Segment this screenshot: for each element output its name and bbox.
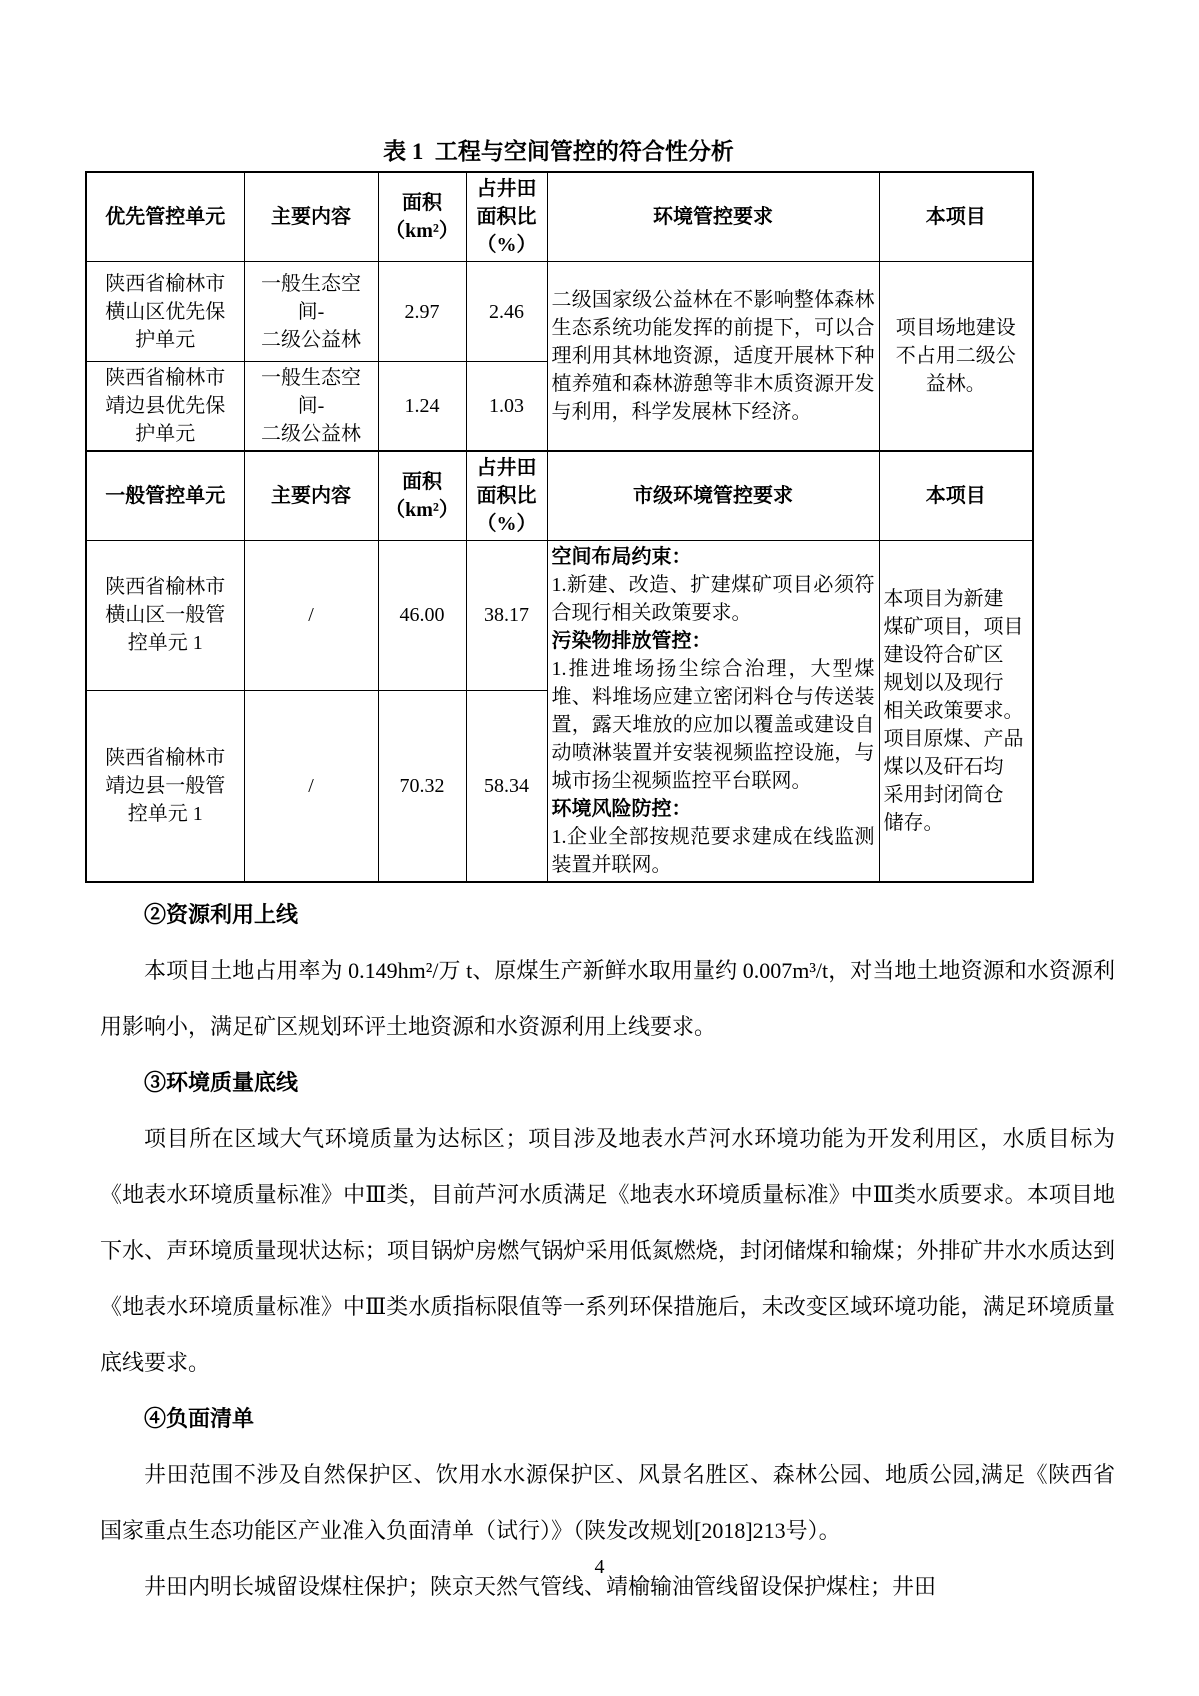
section-heading-negative-list: ④负面清单 (100, 1391, 1115, 1447)
general-header-row: 一般管控单元 主要内容 面积 （km²） 占井田 面积比 （%） 市级环境管控要… (86, 451, 1033, 541)
ratio-cell: 58.34 (466, 690, 547, 882)
area-cell: 46.00 (378, 541, 466, 691)
area-cell: 2.97 (378, 262, 466, 362)
body-paragraph: 井田范围不涉及自然保护区、饮用水水源保护区、风景名胜区、森林公园、地质公园,满足… (100, 1447, 1115, 1559)
general-requirement-cell: 空间布局约束： 1.新建、改造、扩建煤矿项目必须符合现行相关政策要求。 污染物排… (547, 541, 879, 883)
priority-requirement-cell: 二级国家级公益林在不影响整体森林生态系统功能发挥的前提下，可以合理利用其林地资源… (547, 262, 879, 452)
content-cell: / (244, 690, 378, 882)
section-heading-env-quality: ③环境质量底线 (100, 1055, 1115, 1111)
unit-cell: 陕西省榆林市 靖边县优先保 护单元 (86, 362, 244, 452)
content-cell: / (244, 541, 378, 691)
compliance-table: 优先管控单元 主要内容 面积 （km²） 占井田 面积比 （%） 环境管控要求 … (85, 171, 1034, 883)
document-page: 表 1 工程与空间管控的符合性分析 优先管控单元 主要内容 面积 （km²） 占… (0, 0, 1199, 1696)
requirement-subheading: 污染物排放管控： (552, 627, 875, 655)
ratio-cell: 2.46 (466, 262, 547, 362)
header-area-ratio: 占井田 面积比 （%） (466, 172, 547, 262)
ratio-cell: 1.03 (466, 362, 547, 452)
requirement-text: 1.新建、改造、扩建煤矿项目必须符合现行相关政策要求。 (552, 571, 875, 627)
header-city-env-requirement: 市级环境管控要求 (547, 451, 879, 541)
priority-header-row: 优先管控单元 主要内容 面积 （km²） 占井田 面积比 （%） 环境管控要求 … (86, 172, 1033, 262)
header-env-requirement: 环境管控要求 (547, 172, 879, 262)
header-area: 面积 （km²） (378, 172, 466, 262)
area-cell: 1.24 (378, 362, 466, 452)
section-heading-resource-limit: ②资源利用上线 (100, 887, 1115, 943)
ratio-cell: 38.17 (466, 541, 547, 691)
header-main-content: 主要内容 (244, 451, 378, 541)
content-cell: 一般生态空间- 二级公益林 (244, 362, 378, 452)
document-body: ②资源利用上线 本项目土地占用率为 0.149hm²/万 t、原煤生产新鲜水取用… (100, 887, 1115, 1615)
unit-cell: 陕西省榆林市 横山区优先保 护单元 (86, 262, 244, 362)
area-cell: 70.32 (378, 690, 466, 882)
header-this-project: 本项目 (879, 451, 1033, 541)
requirement-subheading: 环境风险防控： (552, 795, 875, 823)
unit-cell: 陕西省榆林市 靖边县一般管 控单元 1 (86, 690, 244, 882)
header-general-unit: 一般管控单元 (86, 451, 244, 541)
header-area: 面积 （km²） (378, 451, 466, 541)
requirement-subheading: 空间布局约束： (552, 543, 875, 571)
page-number: 4 (0, 1556, 1199, 1579)
requirement-text: 1.企业全部按规范要求建成在线监测装置并联网。 (552, 823, 875, 879)
body-paragraph: 本项目土地占用率为 0.149hm²/万 t、原煤生产新鲜水取用量约 0.007… (100, 943, 1115, 1055)
table-row: 陕西省榆林市 横山区优先保 护单元 一般生态空间- 二级公益林 2.97 2.4… (86, 262, 1033, 362)
header-main-content: 主要内容 (244, 172, 378, 262)
unit-cell: 陕西省榆林市 横山区一般管 控单元 1 (86, 541, 244, 691)
table-row: 陕西省榆林市 横山区一般管 控单元 1 / 46.00 38.17 空间布局约束… (86, 541, 1033, 691)
header-priority-unit: 优先管控单元 (86, 172, 244, 262)
header-area-ratio: 占井田 面积比 （%） (466, 451, 547, 541)
table-title: 表 1 工程与空间管控的符合性分析 (85, 139, 1032, 165)
requirement-text: 1.推进堆场扬尘综合治理，大型煤堆、料堆场应建立密闭料仓与传送装置，露天堆放的应… (552, 655, 875, 795)
header-this-project: 本项目 (879, 172, 1033, 262)
general-project-cell: 本项目为新建 煤矿项目，项目 建设符合矿区 规划以及现行 相关政策要求。 项目原… (879, 541, 1033, 883)
body-paragraph: 项目所在区域大气环境质量为达标区；项目涉及地表水芦河水环境功能为开发利用区，水质… (100, 1111, 1115, 1391)
content-cell: 一般生态空间- 二级公益林 (244, 262, 378, 362)
priority-project-cell: 项目场地建设 不占用二级公 益林。 (879, 262, 1033, 452)
